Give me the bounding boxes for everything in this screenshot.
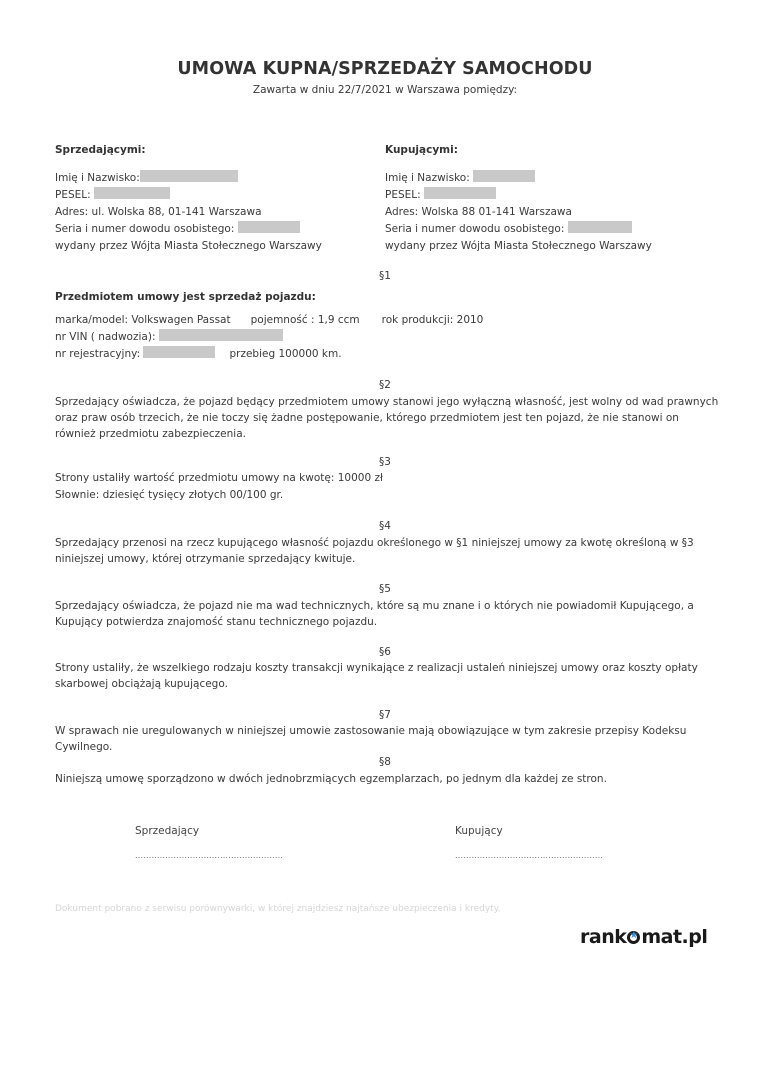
section-8-text: Niniejszą umowę sporządzono w dwóch jedn… (55, 771, 720, 787)
section-7-mark: §7 (0, 709, 770, 721)
section-3-words: Słownie: dziesięć tysięcy złotych 00/100… (55, 487, 383, 504)
seller-id-label: Seria i numer dowodu osobistego: (55, 223, 234, 235)
redacted-field (143, 346, 215, 358)
section-1-mark: §1 (0, 270, 770, 282)
buyer-heading: Kupującymi: (385, 144, 652, 156)
redacted-field (568, 221, 632, 233)
vehicle-reg-row: nr rejestracyjny: przebieg 100000 km. (55, 346, 483, 363)
section-5-text: Sprzedający oświadcza, że pojazd nie ma … (55, 598, 720, 630)
buyer-address: Adres: Wolska 88 01-141 Warszawa (385, 204, 652, 221)
buyer-name-label: Imię i Nazwisko: (385, 172, 470, 184)
seller-pesel-label: PESEL: (55, 189, 91, 201)
buyer-block: Kupującymi: Imię i Nazwisko: PESEL: Adre… (385, 144, 652, 255)
vehicle-make-model: marka/model: Volkswagen Passat (55, 314, 231, 326)
buyer-issued-by: wydany przez Wójta Miasta Stołecznego Wa… (385, 238, 652, 255)
seller-signature-line: ........................................… (135, 851, 283, 860)
document-title: UMOWA KUPNA/SPRZEDAŻY SAMOCHODU (0, 59, 770, 79)
section-1-heading: Przedmiotem umowy jest sprzedaż pojazdu: (55, 291, 316, 303)
buyer-signature-label: Kupujący (455, 825, 503, 837)
vehicle-details: marka/model: Volkswagen Passatpojemność … (55, 312, 483, 363)
redacted-field (140, 170, 238, 182)
logo-text-right: mat.pl (641, 926, 707, 948)
vehicle-row-1: marka/model: Volkswagen Passatpojemność … (55, 312, 483, 329)
section-3-body: Strony ustaliły wartość przedmiotu umowy… (55, 470, 383, 504)
section-8-mark: §8 (0, 756, 770, 768)
buyer-id-row: Seria i numer dowodu osobistego: (385, 221, 652, 238)
redacted-field (424, 187, 496, 199)
seller-signature-label: Sprzedający (135, 825, 199, 837)
seller-issued-by: wydany przez Wójta Miasta Stołecznego Wa… (55, 238, 322, 255)
rankomat-logo: rankmat.pl (580, 926, 707, 948)
vehicle-reg-label: nr rejestracyjny: (55, 348, 140, 360)
seller-name-label: Imię i Nazwisko: (55, 172, 140, 184)
redacted-field (94, 187, 170, 199)
buyer-signature-line: ........................................… (455, 851, 603, 860)
section-6-text: Strony ustaliły, że wszelkiego rodzaju k… (55, 660, 720, 692)
seller-block: Sprzedającymi: Imię i Nazwisko: PESEL: A… (55, 144, 322, 255)
vehicle-capacity: pojemność : 1,9 ccm (251, 314, 360, 326)
section-4-mark: §4 (0, 520, 770, 532)
section-5-mark: §5 (0, 583, 770, 595)
section-2-text: Sprzedający oświadcza, że pojazd będący … (55, 394, 720, 442)
section-7-text: W sprawach nie uregulowanych w niniejsze… (55, 723, 720, 755)
document-subtitle: Zawarta w dniu 22/7/2021 w Warszawa pomi… (0, 84, 770, 96)
section-6-mark: §6 (0, 646, 770, 658)
redacted-field (473, 170, 535, 182)
vehicle-mileage: przebieg 100000 km. (229, 348, 341, 360)
buyer-pesel-label: PESEL: (385, 189, 421, 201)
buyer-id-label: Seria i numer dowodu osobistego: (385, 223, 564, 235)
seller-id-row: Seria i numer dowodu osobistego: (55, 221, 322, 238)
buyer-name-row: Imię i Nazwisko: (385, 170, 652, 187)
section-3-amount: Strony ustaliły wartość przedmiotu umowy… (55, 470, 383, 487)
seller-address: Adres: ul. Wolska 88, 01-141 Warszawa (55, 204, 322, 221)
vehicle-year: rok produkcji: 2010 (382, 314, 484, 326)
vehicle-vin-label: nr VIN ( nadwozia): (55, 331, 155, 343)
seller-name-row: Imię i Nazwisko: (55, 170, 322, 187)
redacted-field (159, 329, 283, 341)
section-3-mark: §3 (0, 456, 770, 468)
vehicle-vin-row: nr VIN ( nadwozia): (55, 329, 483, 346)
seller-pesel-row: PESEL: (55, 187, 322, 204)
logo-text-left: rank (580, 926, 626, 948)
seller-heading: Sprzedającymi: (55, 144, 322, 156)
star-in-circle-icon (627, 931, 640, 944)
section-4-text: Sprzedający przenosi na rzecz kupującego… (55, 535, 720, 567)
buyer-pesel-row: PESEL: (385, 187, 652, 204)
footer-note: Dokument pobrano z serwisu porównywarki,… (55, 904, 501, 914)
redacted-field (238, 221, 300, 233)
section-2-mark: §2 (0, 379, 770, 391)
